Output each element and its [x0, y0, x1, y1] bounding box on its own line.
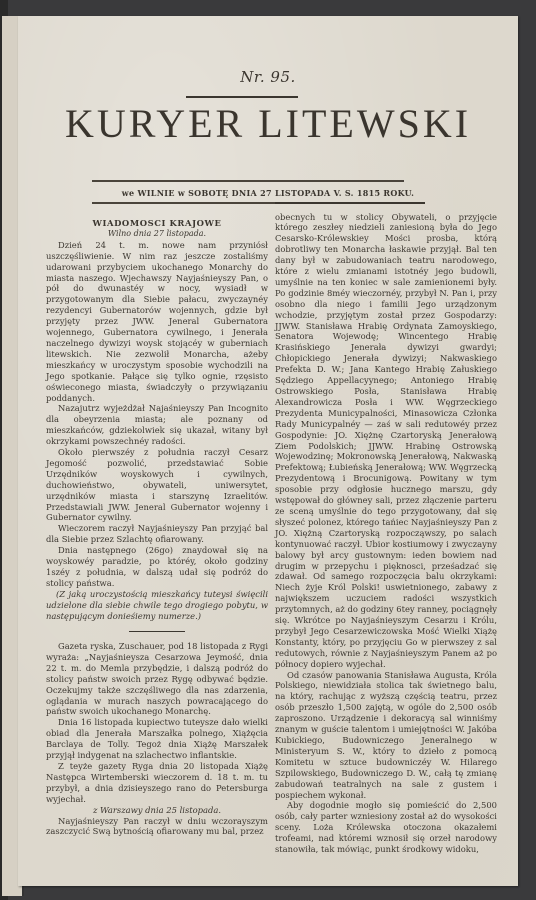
column-top-rule — [275, 202, 425, 204]
dateline-rule-top — [92, 180, 404, 182]
article-divider — [129, 631, 185, 633]
article-paragraph: Około pierwszéy z południa raczył Cesarz… — [46, 447, 268, 523]
article-paragraph: obecnych tu w stolicy Obywateli, o przyj… — [275, 212, 497, 670]
article-paragraph: Nazajutrz wyjeżdżał Najaśnieyszy Pan Inc… — [46, 403, 268, 447]
newspaper-title: KURYER LITEWSKI — [18, 100, 518, 147]
newspaper-page: Nr. 95. KURYER LITEWSKI we WILNIE w SOBO… — [18, 16, 518, 886]
article-paragraph: Aby dogodnie mogło się pomieścić do 2,50… — [275, 800, 497, 855]
place-date-warsaw: z Warszawy dnia 25 listopada. — [46, 805, 268, 816]
article-paragraph: Wieczorem raczył Nayjaśnieyszy Pan przyj… — [46, 523, 268, 545]
right-column: obecnych tu w stolicy Obywateli, o przyj… — [275, 196, 497, 855]
title-rule — [186, 96, 298, 98]
article-paragraph: Gazeta ryska, Zuschauer, pod 18 listopad… — [46, 641, 268, 717]
editorial-note: (Z jaką uroczystością mieszkańcy tuteysi… — [46, 589, 268, 622]
article-paragraph: Dzień 24 t. m. nowe nam przyniósł uszczę… — [46, 240, 268, 404]
article-paragraph: Od czasów panowania Stanisława Augusta, … — [275, 670, 497, 801]
article-paragraph: Nayjaśnieyszy Pan raczył w dniu wczorays… — [46, 816, 268, 838]
place-date: Wilno dnia 27 listopada. — [46, 229, 268, 240]
article-paragraph: Dnia następnego (26go) znaydował się na … — [46, 545, 268, 589]
section-heading: WIADOMOSCI KRAJOWE — [46, 218, 268, 229]
article-paragraph: Z teyże gazety Ryga dnia 20 listopada Xi… — [46, 761, 268, 805]
issue-number: Nr. 95. — [18, 68, 518, 86]
left-column: WIADOMOSCI KRAJOWE Wilno dnia 27 listopa… — [46, 206, 268, 837]
article-paragraph: Dnia 16 listopada kupiectwo tuteysze dał… — [46, 717, 268, 761]
